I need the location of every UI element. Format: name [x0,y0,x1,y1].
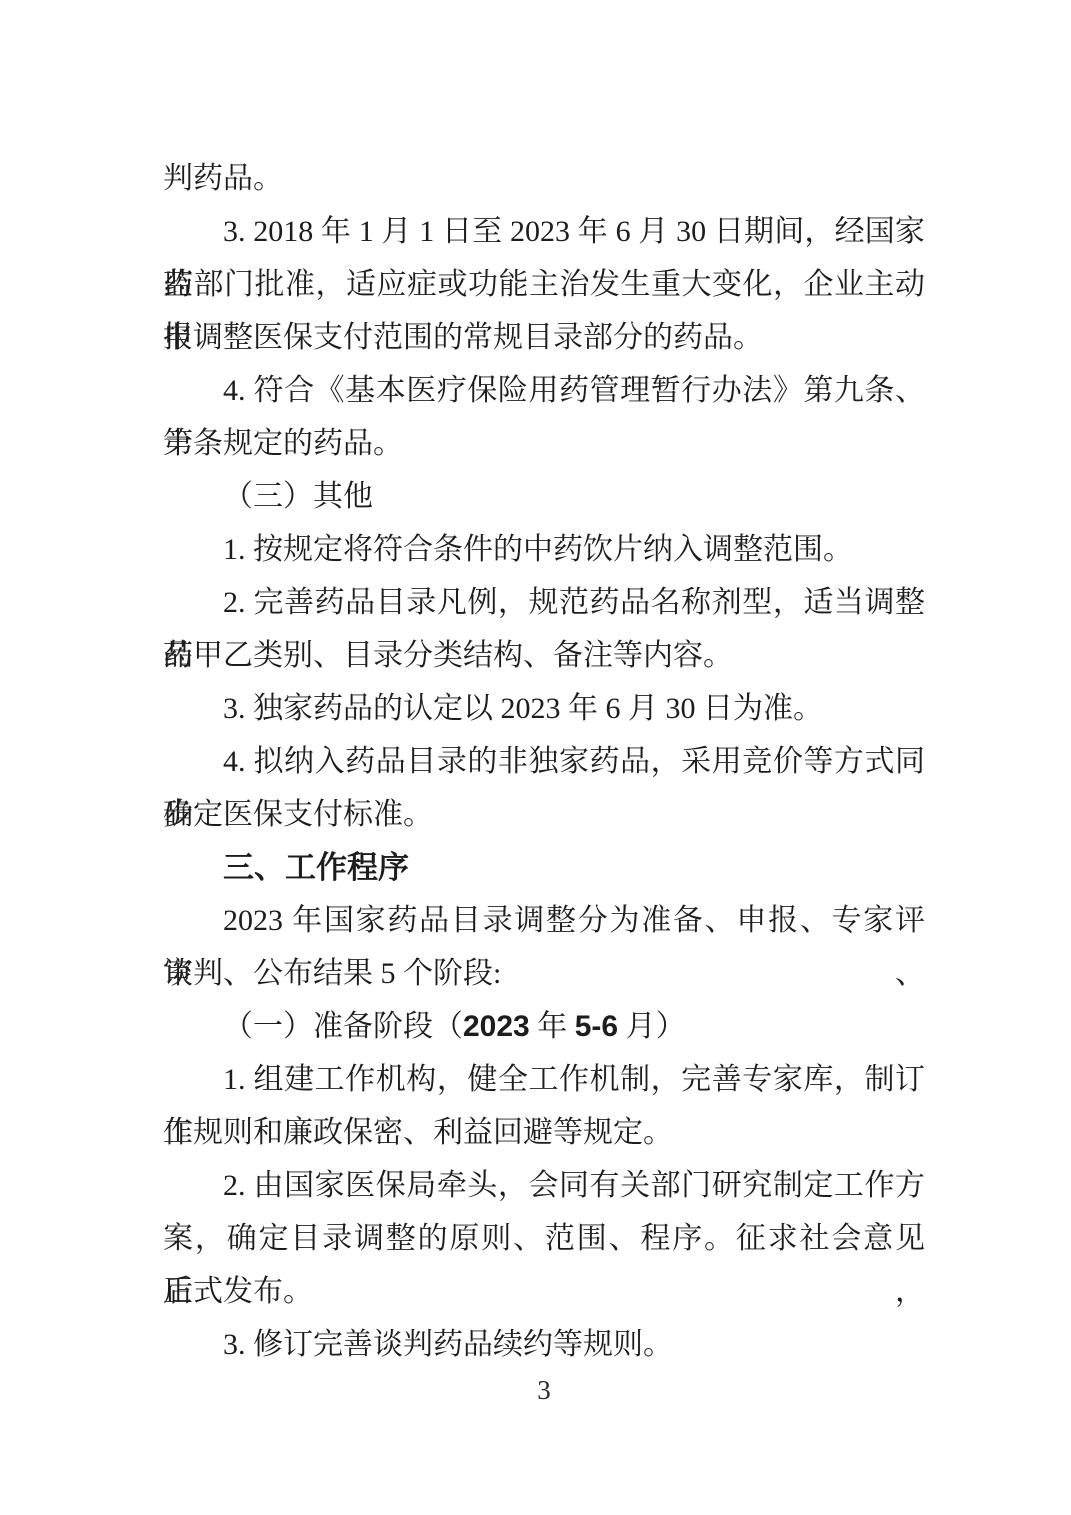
text-line: 判药品。 [163,152,925,205]
text-line: 4. 符合《基本医疗保险用药管理暂行办法》第九条、第 [163,364,925,417]
text-line: 3. 修订完善谈判药品续约等规则。 [163,1318,925,1371]
heading-text-segment: 月） [618,1010,686,1043]
subsection-heading-preparation: （一）准备阶段（2023 年 5-6 月） [163,1000,925,1053]
text-line: 2. 由国家医保局牵头，会同有关部门研究制定工作方 [163,1159,925,1212]
text-line: 作规则和廉政保密、利益回避等规定。 [163,1106,925,1159]
text-line: 3. 独家药品的认定以 2023 年 6 月 30 日为准。 [163,682,925,735]
text-line: 4. 拟纳入药品目录的非独家药品，采用竞价等方式同步 [163,735,925,788]
heading-text-segment: （一）准备阶段（ [223,1010,463,1043]
page-number: 3 [163,1377,925,1404]
document-body: 判药品。 3. 2018 年 1 月 1 日至 2023 年 6 月 30 日期… [163,152,925,1371]
text-line: 案，确定目录调整的原则、范围、程序。征求社会意见后， [163,1212,925,1265]
subsection-heading-other: （三）其他 [163,470,925,523]
text-line: 品甲乙类别、目录分类结构、备注等内容。 [163,629,925,682]
text-line: 监部门批准，适应症或功能主治发生重大变化，企业主动申 [163,258,925,311]
text-line: 1. 按规定将符合条件的中药饮片纳入调整范围。 [163,523,925,576]
text-line: 1. 组建工作机构，健全工作机制，完善专家库，制订工 [163,1053,925,1106]
heading-month-range-segment: 5-6 [575,1010,618,1043]
heading-year-segment: 2023 [463,1010,530,1043]
heading-text-segment: 年 [530,1010,575,1043]
text-line: 2023 年国家药品目录调整分为准备、申报、专家评审、 [163,894,925,947]
text-line: 确定医保支付标准。 [163,788,925,841]
section-heading-work-procedure: 三、工作程序 [163,841,925,894]
text-line: 2. 完善药品目录凡例，规范药品名称剂型，适当调整药 [163,576,925,629]
text-line: 报调整医保支付范围的常规目录部分的药品。 [163,311,925,364]
document-page: 判药品。 3. 2018 年 1 月 1 日至 2023 年 6 月 30 日期… [0,0,1071,1515]
text-line: 3. 2018 年 1 月 1 日至 2023 年 6 月 30 日期间，经国家… [163,205,925,258]
text-line: 十条规定的药品。 [163,417,925,470]
